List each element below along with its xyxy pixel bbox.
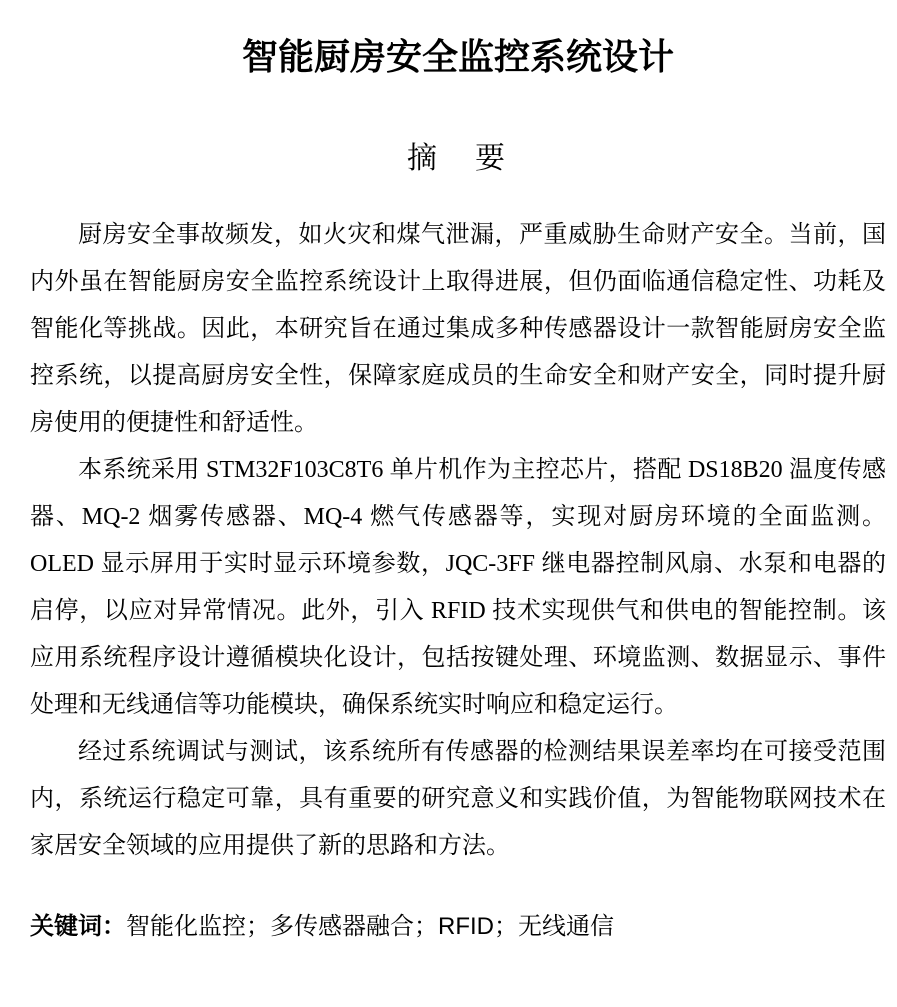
keywords-line: 关键词：智能化监控；多传感器融合；RFID；无线通信 bbox=[30, 910, 886, 944]
keywords-list: 智能化监控；多传感器融合；RFID；无线通信 bbox=[126, 913, 614, 940]
abstract-paragraph-3: 经过系统调试与测试，该系统所有传感器的检测结果误差率均在可接受范围内，系统运行稳… bbox=[30, 729, 886, 870]
document-title: 智能厨房安全监控系统设计 bbox=[30, 36, 886, 78]
abstract-paragraph-1: 厨房安全事故频发，如火灾和煤气泄漏，严重威胁生命财产安全。当前，国内外虽在智能厨… bbox=[30, 212, 886, 447]
abstract-paragraph-2: 本系统采用 STM32F103C8T6 单片机作为主控芯片，搭配 DS18B20… bbox=[30, 447, 886, 729]
document-page: 智能厨房安全监控系统设计 摘 要 厨房安全事故频发，如火灾和煤气泄漏，严重威胁生… bbox=[0, 0, 897, 1007]
keywords-label: 关键词： bbox=[30, 913, 126, 940]
abstract-heading: 摘 要 bbox=[30, 141, 886, 177]
